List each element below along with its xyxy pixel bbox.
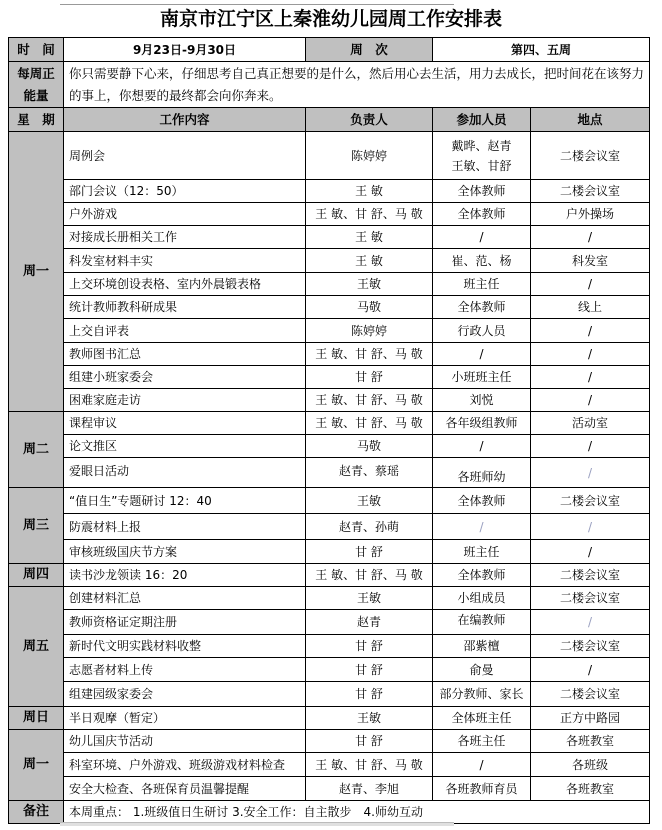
table-row: 教师图书汇总 王 敏、甘 舒、马 敬 / / [9, 343, 650, 366]
task-content: 部门会议（12：50） [64, 180, 306, 203]
task-location: / [531, 610, 650, 635]
task-location: 各班教室 [531, 730, 650, 753]
task-owner: 王 敏 [306, 180, 433, 203]
motto-label: 每周正 能量 [9, 62, 64, 108]
task-owner: 陈婷婷 [306, 132, 433, 180]
column-header-row: 星 期 工作内容 负责人 参加人员 地点 [9, 108, 650, 132]
task-content: 志愿者材料上传 [64, 658, 306, 682]
task-location: / [531, 273, 650, 296]
motto-text: 你只需要静下心来，仔细思考自己真正想要的是什么，然后用心去生活，用力去成长，把时… [64, 62, 650, 108]
task-content: 审核班级国庆节方案 [64, 540, 306, 564]
table-row: 上交自评表 陈婷婷 行政人员 / [9, 319, 650, 343]
task-content: 爱眼日活动 [64, 458, 306, 488]
task-content: 教师图书汇总 [64, 343, 306, 366]
task-location: / [531, 389, 650, 412]
task-content: 防震材料上报 [64, 514, 306, 540]
task-location: 二楼会议室 [531, 635, 650, 658]
task-content: 创建材料汇总 [64, 587, 306, 610]
task-owner: 甘 舒 [306, 366, 433, 389]
task-owner: 王敏 [306, 488, 433, 514]
task-location: / [531, 343, 650, 366]
task-content: 统计教师教科研成果 [64, 296, 306, 319]
col-owner: 负责人 [306, 108, 433, 132]
task-participants: 小组成员 [433, 587, 531, 610]
task-participants: 各班主任 [433, 730, 531, 753]
task-location: 二楼会议室 [531, 132, 650, 180]
task-location: 二楼会议室 [531, 682, 650, 707]
task-location: / [531, 458, 650, 488]
task-location: 各班级 [531, 753, 650, 777]
task-participants: 各班教师育员 [433, 777, 531, 801]
table-row: 安全大检查、各班保育员温馨提醒 赵青、李旭 各班教师育员 各班教室 [9, 777, 650, 801]
task-participants: / [433, 435, 531, 458]
day-label: 周五 [9, 587, 64, 707]
notes-label: 备注 [9, 801, 64, 824]
time-label: 时 间 [9, 38, 64, 62]
task-owner: 王 敏 [306, 249, 433, 273]
task-participants: 刘悦 [433, 389, 531, 412]
table-row: 审核班级国庆节方案 甘 舒 班主任 / [9, 540, 650, 564]
time-value: 9月23日-9月30日 [64, 38, 306, 62]
task-content: 安全大检查、各班保育员温馨提醒 [64, 777, 306, 801]
task-location: 各班教室 [531, 777, 650, 801]
col-content: 工作内容 [64, 108, 306, 132]
table-row: 上交环境创设表格、室内外晨锻表格 王敏 班主任 / [9, 273, 650, 296]
day-label: 周三 [9, 488, 64, 564]
task-content: 半日观摩（暂定） [64, 707, 306, 730]
day-label: 周日 [9, 707, 64, 730]
table-row: 困难家庭走访 王 敏、甘 舒、马 敬 刘悦 / [9, 389, 650, 412]
table-row: 周四 读书沙龙领读 16：20 王 敏、甘 舒、马 敬 全体教师 二楼会议室 [9, 564, 650, 587]
task-content: 科室环境、户外游戏、班级游戏材料检查 [64, 753, 306, 777]
task-participants: 崔、范、杨 [433, 249, 531, 273]
task-participants: 全体教师 [433, 564, 531, 587]
task-content: 上交自评表 [64, 319, 306, 343]
task-owner: 赵青 [306, 610, 433, 635]
table-row: 对接成长册相关工作 王 敏 / / [9, 226, 650, 249]
task-participants: 小班班主任 [433, 366, 531, 389]
task-location: 活动室 [531, 412, 650, 435]
task-content: 新时代文明实践材料收整 [64, 635, 306, 658]
day-label: 周四 [9, 564, 64, 587]
task-content: 论文推区 [64, 435, 306, 458]
task-participants: 全体教师 [433, 296, 531, 319]
task-owner: 陈婷婷 [306, 319, 433, 343]
task-owner: 赵青、蔡瑶 [306, 458, 433, 488]
task-owner: 赵青、李旭 [306, 777, 433, 801]
task-content: 教师资格证定期注册 [64, 610, 306, 635]
table-row: 统计教师教科研成果 马敬 全体教师 线上 [9, 296, 650, 319]
task-participants: 部分教师、家长 [433, 682, 531, 707]
task-owner: 甘 舒 [306, 682, 433, 707]
task-owner: 马敬 [306, 296, 433, 319]
table-row: 教师资格证定期注册 赵青 在编教师 / [9, 610, 650, 635]
motto-row: 每周正 能量 你只需要静下心来，仔细思考自己真正想要的是什么，然后用心去生活，用… [9, 62, 650, 108]
task-participants: 各年级组教师 [433, 412, 531, 435]
header-row: 时 间 9月23日-9月30日 周 次 第四、五周 [9, 38, 650, 62]
task-location: 正方中路园 [531, 707, 650, 730]
task-participants: / [433, 514, 531, 540]
task-content: 组建园级家委会 [64, 682, 306, 707]
week-label: 周 次 [306, 38, 433, 62]
table-row: 周一 幼儿国庆节活动 甘 舒 各班主任 各班教室 [9, 730, 650, 753]
weekly-schedule-table: 时 间 9月23日-9月30日 周 次 第四、五周 每周正 能量 你只需要静下心… [8, 37, 650, 824]
day-label: 周一 [9, 132, 64, 412]
task-location: / [531, 540, 650, 564]
task-owner: 王 敏 [306, 226, 433, 249]
task-owner: 王敏 [306, 707, 433, 730]
day-label: 周一 [9, 730, 64, 801]
task-participants: 班主任 [433, 273, 531, 296]
table-row: 周一 周例会 陈婷婷 戴晔、赵青 王敏、甘舒 二楼会议室 [9, 132, 650, 180]
table-row: 科发室材料丰实 王 敏 崔、范、杨 科发室 [9, 249, 650, 273]
table-row: 周二 课程审议 王 敏、甘 舒、马 敬 各年级组教师 活动室 [9, 412, 650, 435]
task-content: 户外游戏 [64, 203, 306, 226]
task-owner: 王 敏、甘 舒、马 敬 [306, 564, 433, 587]
task-participants: 各班师幼 [433, 458, 531, 488]
table-row: 组建小班家委会 甘 舒 小班班主任 / [9, 366, 650, 389]
task-location: / [531, 319, 650, 343]
task-participants: 全体教师 [433, 203, 531, 226]
col-participants: 参加人员 [433, 108, 531, 132]
horizontal-scrollbar[interactable] [60, 822, 454, 826]
task-owner: 甘 舒 [306, 658, 433, 682]
task-location: 二楼会议室 [531, 488, 650, 514]
task-participants: 全体教师 [433, 180, 531, 203]
table-row: 科室环境、户外游戏、班级游戏材料检查 王 敏、甘 舒、马 敬 / 各班级 [9, 753, 650, 777]
task-owner: 王 敏、甘 舒、马 敬 [306, 412, 433, 435]
task-location: / [531, 226, 650, 249]
task-location: 户外操场 [531, 203, 650, 226]
table-row: 志愿者材料上传 甘 舒 俞曼 / [9, 658, 650, 682]
task-owner: 王敏 [306, 587, 433, 610]
table-row: 周五 创建材料汇总 王敏 小组成员 二楼会议室 [9, 587, 650, 610]
task-content: 周例会 [64, 132, 306, 180]
task-location: 线上 [531, 296, 650, 319]
task-content: 读书沙龙领读 16：20 [64, 564, 306, 587]
task-location: 二楼会议室 [531, 587, 650, 610]
task-participants: 俞曼 [433, 658, 531, 682]
participants-line: 戴晔、赵青 [438, 136, 525, 156]
task-content: 对接成长册相关工作 [64, 226, 306, 249]
col-location: 地点 [531, 108, 650, 132]
task-participants: / [433, 226, 531, 249]
task-content: 组建小班家委会 [64, 366, 306, 389]
table-row: 组建园级家委会 甘 舒 部分教师、家长 二楼会议室 [9, 682, 650, 707]
task-owner: 马敬 [306, 435, 433, 458]
task-participants: 全体教师 [433, 488, 531, 514]
task-owner: 甘 舒 [306, 635, 433, 658]
task-owner: 王 敏、甘 舒、马 敬 [306, 203, 433, 226]
task-participants: 行政人员 [433, 319, 531, 343]
task-location: / [531, 658, 650, 682]
task-participants: 全体班主任 [433, 707, 531, 730]
table-row: 防震材料上报 赵青、孙萌 / / [9, 514, 650, 540]
participants-line: 王敏、甘舒 [438, 156, 525, 176]
notes-text: 本周重点： 1.班级值日生研讨 3.安全工作：自主散步 4.师幼互动 [64, 801, 650, 824]
task-location: / [531, 514, 650, 540]
task-owner: 甘 舒 [306, 540, 433, 564]
task-content: 课程审议 [64, 412, 306, 435]
col-day: 星 期 [9, 108, 64, 132]
table-row: 新时代文明实践材料收整 甘 舒 邵紫檀 二楼会议室 [9, 635, 650, 658]
notes-row: 备注 本周重点： 1.班级值日生研讨 3.安全工作：自主散步 4.师幼互动 [9, 801, 650, 824]
task-location: / [531, 366, 650, 389]
table-row: 户外游戏 王 敏、甘 舒、马 敬 全体教师 户外操场 [9, 203, 650, 226]
task-participants: / [433, 753, 531, 777]
page-title: 南京市江宁区上秦淮幼儿园周工作安排表 [0, 5, 662, 33]
table-row: 周三 “值日生”专题研讨 12：40 王敏 全体教师 二楼会议室 [9, 488, 650, 514]
task-location: 二楼会议室 [531, 180, 650, 203]
day-label: 周二 [9, 412, 64, 488]
task-participants: 邵紫檀 [433, 635, 531, 658]
task-participants: 在编教师 [433, 610, 531, 635]
task-content: 上交环境创设表格、室内外晨锻表格 [64, 273, 306, 296]
table-row: 论文推区 马敬 / / [9, 435, 650, 458]
task-owner: 王 敏、甘 舒、马 敬 [306, 343, 433, 366]
table-row: 爱眼日活动 赵青、蔡瑶 各班师幼 / [9, 458, 650, 488]
task-content: “值日生”专题研讨 12：40 [64, 488, 306, 514]
task-content: 科发室材料丰实 [64, 249, 306, 273]
task-owner: 王敏 [306, 273, 433, 296]
task-location: / [531, 435, 650, 458]
motto-label-line1: 每周正 [14, 63, 58, 85]
task-participants: 戴晔、赵青 王敏、甘舒 [433, 132, 531, 180]
task-content: 困难家庭走访 [64, 389, 306, 412]
table-row: 部门会议（12：50） 王 敏 全体教师 二楼会议室 [9, 180, 650, 203]
task-owner: 王 敏、甘 舒、马 敬 [306, 753, 433, 777]
motto-label-line2: 能量 [14, 85, 58, 107]
task-owner: 王 敏、甘 舒、马 敬 [306, 389, 433, 412]
week-value: 第四、五周 [433, 38, 650, 62]
task-content: 幼儿国庆节活动 [64, 730, 306, 753]
task-owner: 甘 舒 [306, 730, 433, 753]
task-owner: 赵青、孙萌 [306, 514, 433, 540]
task-location: 科发室 [531, 249, 650, 273]
table-row: 周日 半日观摩（暂定） 王敏 全体班主任 正方中路园 [9, 707, 650, 730]
task-participants: 班主任 [433, 540, 531, 564]
task-participants: / [433, 343, 531, 366]
task-location: 二楼会议室 [531, 564, 650, 587]
